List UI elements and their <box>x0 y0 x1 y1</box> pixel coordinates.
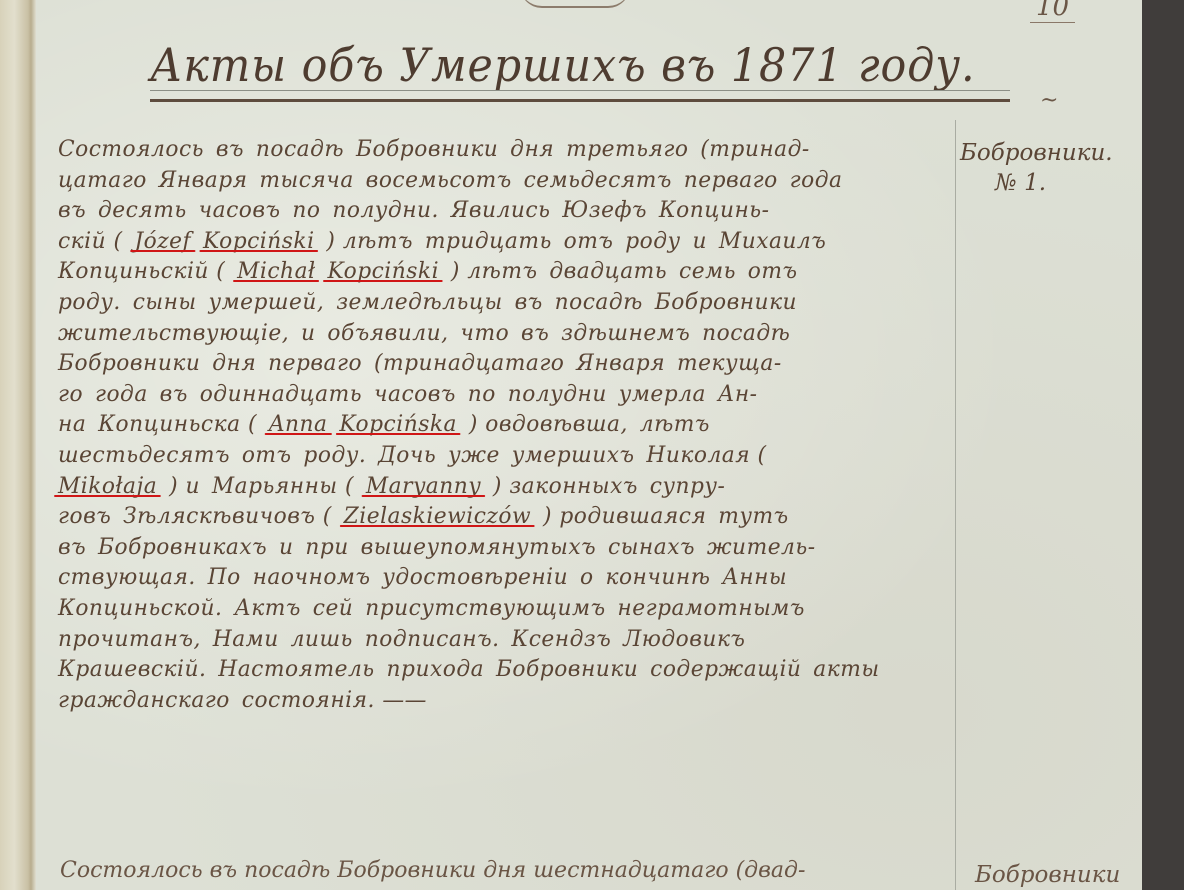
word: Настоятель <box>218 657 374 682</box>
record-line: скій (JózefKopciński) лѣтътридцатьотърод… <box>58 229 948 260</box>
title-flourish-mark: ~ <box>1040 88 1058 113</box>
word: Бобровникахъ <box>98 535 267 560</box>
record-line: Копциньскій (MichałKopciński) лѣтъдвадца… <box>58 259 948 290</box>
word: состоянія. —— <box>242 688 427 713</box>
word: Копциньской. <box>58 596 222 621</box>
word: полудни <box>508 382 607 407</box>
word: умершихъ <box>512 443 635 468</box>
word: Дочь <box>378 443 436 468</box>
word: земледѣльцы <box>336 290 503 315</box>
underlined-name: Kopcińska <box>339 412 457 437</box>
record-line: ствующая.Понаочномъудостовѣреніиокончинѣ… <box>58 565 948 596</box>
next-entry-start: Состоялось въ посадѣ Бобровники дня шест… <box>60 858 805 883</box>
word: и <box>693 229 708 254</box>
word: Юзефъ <box>562 198 647 223</box>
word: житель- <box>707 535 816 560</box>
word: прочитанъ, <box>58 627 201 652</box>
underlined-name: Józef <box>134 229 191 254</box>
word: и <box>301 321 316 346</box>
record-line: наКопциньска (AnnaKopcińska) овдовѣвша,л… <box>58 412 948 443</box>
underlined-name: Zielaskiewiczów <box>344 504 531 529</box>
word: посадѣ <box>256 137 344 162</box>
word: лишь <box>291 627 353 652</box>
word: отъ <box>748 259 798 284</box>
word: здѣшнемъ <box>561 321 690 346</box>
word: и <box>279 535 294 560</box>
word: по <box>468 382 496 407</box>
word: Марьянны ( <box>212 474 354 499</box>
word: семь <box>679 259 736 284</box>
underlined-name: Kopciński <box>203 229 315 254</box>
record-line: роду.сыныумершей,земледѣльцывъпосадѣБобр… <box>58 290 948 321</box>
word: Бобровники <box>58 351 200 376</box>
word: говъ <box>58 504 111 529</box>
word: гражданскаго <box>58 688 230 713</box>
word: Бобровники <box>496 657 638 682</box>
word: перваго <box>268 351 362 376</box>
word: въ <box>515 290 543 315</box>
record-line: шестьдесятъотъроду.ДочьужеумершихъНикола… <box>58 443 948 474</box>
record-line: жительствующіе,иобъявили,чтовъздѣшнемъпо… <box>58 321 948 352</box>
word: умерла <box>619 382 706 407</box>
document-page: 10 Акты объ Умершихъ въ 1871 году. ~ Сос… <box>0 0 1142 890</box>
word: уже <box>448 443 500 468</box>
word: Копцинь- <box>659 198 770 223</box>
death-record-entry: СостоялосьвъпосадѣБобровникиднятретьяго(… <box>58 137 958 718</box>
word: семьдесятъ <box>524 168 672 193</box>
word: ) овдовѣвша, <box>469 412 628 437</box>
record-line: говъЗѣляскѣвичовъ (Zielaskiewiczów) роди… <box>58 504 948 535</box>
word: Людовикъ <box>623 627 745 652</box>
word: роду <box>625 229 680 254</box>
page-title-block: Акты объ Умершихъ въ 1871 году. <box>150 38 1020 108</box>
word: Бобровники <box>655 290 797 315</box>
word: третьяго <box>566 137 688 162</box>
word: десять <box>98 198 187 223</box>
margin-note-place: Бобровники. <box>960 140 1113 166</box>
word: въ <box>521 321 549 346</box>
record-line: Бобровникидняперваго(тринадцатагоЯнварят… <box>58 351 948 382</box>
word: текуща- <box>677 351 782 376</box>
word: отъ <box>564 229 614 254</box>
record-line: прочитанъ,Намилишьподписанъ.КсендзъЛюдов… <box>58 627 948 658</box>
word: по <box>292 198 320 223</box>
word: въ <box>216 137 244 162</box>
record-line: Копциньской.Актъсейприсутствующимънеграм… <box>58 596 948 627</box>
word: часовъ <box>199 198 281 223</box>
page-number: 10 <box>1030 0 1075 23</box>
word: Николая ( <box>646 443 766 468</box>
word: содержащій <box>650 657 801 682</box>
word: Копциньска ( <box>98 412 257 437</box>
word: прихода <box>387 657 485 682</box>
word: вышеупомянутыхъ <box>361 535 597 560</box>
word: ствующая. <box>58 565 196 590</box>
title-guide-line <box>150 90 1010 91</box>
word: что <box>460 321 509 346</box>
top-flourish <box>520 0 630 8</box>
word: жительствующіе, <box>58 321 289 346</box>
title-underline <box>150 99 1010 102</box>
word: въ <box>58 535 86 560</box>
margin-note-next: Бобровники <box>975 862 1120 888</box>
word: супру- <box>650 474 726 499</box>
record-line: въдесятьчасовъпополудни.ЯвилисьЮзефъКопц… <box>58 198 948 229</box>
word: въ <box>160 382 188 407</box>
word: дня <box>212 351 256 376</box>
word: полудни. <box>332 198 439 223</box>
word: акты <box>813 657 879 682</box>
word: цатаго <box>58 168 147 193</box>
word: дня <box>510 137 554 162</box>
word: удостовѣреніи <box>382 565 568 590</box>
record-line: цатагоЯнварятысячавосемьсотъсемьдесятъпе… <box>58 168 948 199</box>
word: ) родившаяся <box>543 504 706 529</box>
word: одиннадцать <box>200 382 362 407</box>
record-line: Крашевскій.НастоятельприходаБобровникисо… <box>58 657 948 688</box>
word: восемьсотъ <box>366 168 512 193</box>
word: посадѣ <box>702 321 790 346</box>
page-title: Акты объ Умершихъ въ 1871 году. <box>150 38 959 92</box>
book-gutter <box>0 0 36 890</box>
word: тридцать <box>425 229 552 254</box>
word: го <box>58 382 83 407</box>
word: Явились <box>451 198 551 223</box>
word: роду. <box>58 290 121 315</box>
word: Января <box>159 168 248 193</box>
word: скій ( <box>58 229 123 254</box>
word: Зѣляскѣвичовъ ( <box>123 504 332 529</box>
word: Января <box>576 351 665 376</box>
word: тутъ <box>718 504 788 529</box>
word: неграмотнымъ <box>617 596 804 621</box>
record-line: СостоялосьвъпосадѣБобровникиднятретьяго(… <box>58 137 948 168</box>
word: перваго <box>684 168 778 193</box>
word: присутствующимъ <box>365 596 605 621</box>
word: По <box>208 565 241 590</box>
word: Актъ <box>234 596 301 621</box>
margin-note-number: № 1. <box>960 168 1140 198</box>
word: Состоялось <box>58 137 204 162</box>
word: подписанъ. <box>365 627 500 652</box>
word: двадцать <box>549 259 667 284</box>
underlined-name: Maryanny <box>366 474 481 499</box>
word: на <box>58 412 86 437</box>
word: посадѣ <box>555 290 643 315</box>
underlined-name: Kopciński <box>327 259 439 284</box>
underlined-name: Michał <box>237 259 315 284</box>
underlined-name: Mikołaja <box>58 474 157 499</box>
word: Нами <box>213 627 279 652</box>
word: (тринадцатаго <box>374 351 564 376</box>
record-line: гогодавъодиннадцатьчасовъпополудниумерла… <box>58 382 948 413</box>
word: сей <box>313 596 354 621</box>
word: Михаилъ <box>719 229 826 254</box>
word: Анны <box>722 565 787 590</box>
word: ) лѣтъ <box>326 229 413 254</box>
word: кончинѣ <box>605 565 710 590</box>
word: въ <box>58 198 86 223</box>
word: года <box>95 382 148 407</box>
word: наочномъ <box>253 565 371 590</box>
word: умершей, <box>208 290 324 315</box>
record-line: въБобровникахъипривышеупомянутыхъсынахъж… <box>58 535 948 566</box>
word: отъ <box>242 443 292 468</box>
word: объявили, <box>327 321 448 346</box>
word: Копциньскій ( <box>58 259 225 284</box>
word: ) законныхъ <box>493 474 638 499</box>
margin-note: Бобровники. № 1. <box>960 138 1140 198</box>
record-line: гражданскагосостоянія. —— <box>58 688 948 719</box>
word: часовъ <box>374 382 456 407</box>
scan-border <box>1142 0 1184 890</box>
record-line: Mikołaja) иМарьянны (Maryanny) законныхъ… <box>58 474 948 505</box>
word: роду. <box>303 443 366 468</box>
word: Ксендзъ <box>511 627 611 652</box>
word: лѣтъ <box>640 412 710 437</box>
word: шестьдесятъ <box>58 443 230 468</box>
word: о <box>580 565 594 590</box>
word: сынахъ <box>608 535 695 560</box>
word: Крашевскій. <box>58 657 206 682</box>
word: Бобровники <box>356 137 498 162</box>
word: при <box>305 535 348 560</box>
word: сыны <box>133 290 197 315</box>
word: ) лѣтъ <box>451 259 538 284</box>
word: (тринад- <box>700 137 809 162</box>
word: Ан- <box>718 382 758 407</box>
word: тысяча <box>259 168 353 193</box>
underlined-name: Anna <box>269 412 328 437</box>
word: года <box>790 168 843 193</box>
word: ) и <box>169 474 200 499</box>
